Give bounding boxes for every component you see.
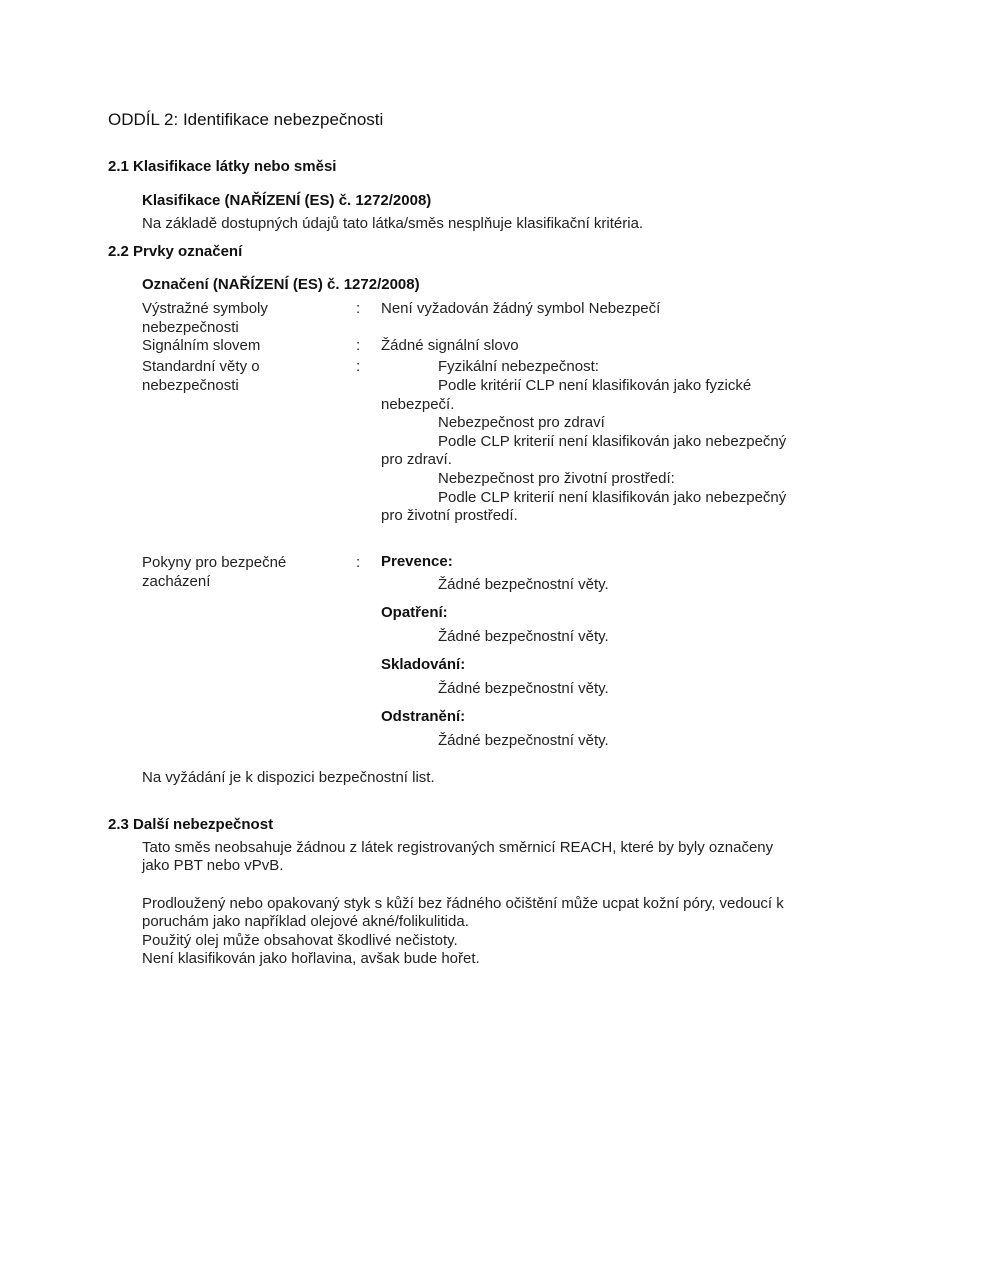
hazard-line: Fyzikální nebezpečnost: bbox=[438, 358, 599, 377]
hazard-line-cont: pro zdraví. bbox=[381, 451, 452, 470]
hazard-line-cont: nebezpečí. bbox=[381, 396, 454, 415]
colon: : bbox=[356, 554, 360, 573]
group-text: Žádné bezpečnostní věty. bbox=[438, 576, 609, 595]
sds-note: Na vyžádání je k dispozici bezpečnostní … bbox=[142, 769, 435, 788]
hazard-line: Podle CLP kriterií není klasifikován jak… bbox=[438, 433, 786, 452]
hazard-line: Podle CLP kriterií není klasifikován jak… bbox=[438, 489, 786, 508]
subheading-klasifikace: Klasifikace (NAŘÍZENÍ (ES) č. 1272/2008) bbox=[142, 192, 431, 209]
other-hazard-text: Není klasifikován jako hořlavina, avšak … bbox=[142, 950, 480, 969]
classification-text: Na základě dostupných údajů tato látka/s… bbox=[142, 215, 643, 234]
hazard-line: Nebezpečnost pro životní prostředí: bbox=[438, 470, 675, 489]
label-signal-word: Signálním slovem bbox=[142, 337, 352, 356]
value-hazard-symbols: Není vyžadován žádný symbol Nebezpečí bbox=[381, 300, 660, 319]
hazard-line-cont: pro životní prostředí. bbox=[381, 507, 518, 526]
other-hazard-text: Prodloužený nebo opakovaný styk s kůží b… bbox=[142, 895, 784, 914]
heading-2-3: 2.3 Další nebezpečnost bbox=[108, 816, 273, 833]
section-title: ODDÍL 2: Identifikace nebezpečnosti bbox=[108, 110, 383, 130]
label-hazard-statements: Standardní věty o nebezpečnosti bbox=[142, 358, 352, 395]
label-precautionary: Pokyny pro bezpečné zacházení bbox=[142, 554, 352, 591]
other-hazard-text: poruchám jako například olejové akné/fol… bbox=[142, 913, 469, 932]
colon: : bbox=[356, 337, 360, 356]
colon: : bbox=[356, 300, 360, 319]
subheading-oznaceni: Označení (NAŘÍZENÍ (ES) č. 1272/2008) bbox=[142, 276, 420, 293]
group-text: Žádné bezpečnostní věty. bbox=[438, 732, 609, 751]
heading-2-1: 2.1 Klasifikace látky nebo směsi bbox=[108, 158, 336, 175]
label-hazard-symbols: Výstražné symboly nebezpečnosti bbox=[142, 300, 352, 337]
reach-text: Tato směs neobsahuje žádnou z látek regi… bbox=[142, 839, 773, 858]
colon: : bbox=[356, 358, 360, 377]
heading-2-2: 2.2 Prvky označení bbox=[108, 243, 242, 260]
value-signal-word: Žádné signální slovo bbox=[381, 337, 519, 356]
group-text: Žádné bezpečnostní věty. bbox=[438, 628, 609, 647]
group-title-opatreni: Opatření: bbox=[381, 604, 448, 623]
reach-text: jako PBT nebo vPvB. bbox=[142, 857, 283, 876]
group-title-odstraneni: Odstranění: bbox=[381, 708, 465, 727]
group-title-skladovani: Skladování: bbox=[381, 656, 465, 675]
hazard-line: Podle kritérií CLP není klasifikován jak… bbox=[438, 377, 751, 396]
group-text: Žádné bezpečnostní věty. bbox=[438, 680, 609, 699]
hazard-line: Nebezpečnost pro zdraví bbox=[438, 414, 605, 433]
group-title-prevence: Prevence: bbox=[381, 553, 453, 572]
other-hazard-text: Použitý olej může obsahovat škodlivé neč… bbox=[142, 932, 458, 951]
